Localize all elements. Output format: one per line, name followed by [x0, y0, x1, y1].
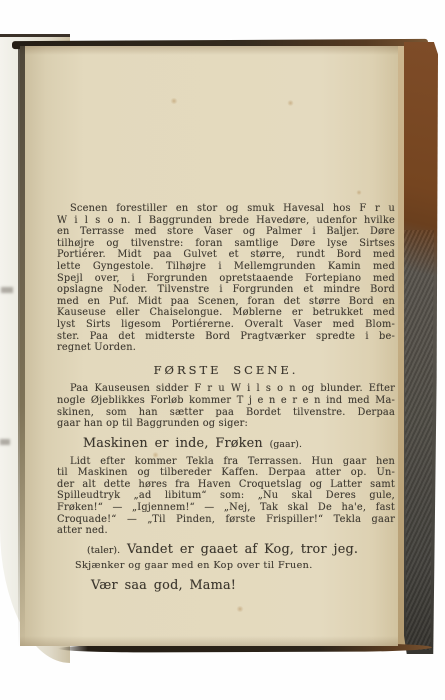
printed-text-block: Scenen forestiller en stor og smuk Haves… — [57, 203, 395, 593]
text-line: til Maskinen og tilbereder Kaffen. Derpa… — [57, 467, 395, 479]
dialogue-text: Maskinen er inde, Frøken — [83, 436, 263, 451]
text-line: Lidt efter kommer Tekla fra Terrassen. H… — [57, 456, 395, 468]
pour-stage-direction: Skjænker og gaar med en Kop over til Fru… — [75, 560, 395, 572]
foxing-spot — [236, 606, 244, 612]
book-cover-edge — [404, 42, 438, 654]
text-line: W i l s o n. I Baggrunden brede Havedøre… — [57, 215, 395, 227]
entrance-stage-direction: Paa Kauseusen sidder F r u W i l s o n o… — [57, 383, 395, 429]
text-line: med en Puf. Midt paa Scenen, foran det s… — [57, 296, 395, 308]
parenthetical: (taler). — [87, 545, 120, 556]
text-line: tilhøjre og tilvenstre: foran samtlige D… — [57, 238, 395, 250]
text-line: lette Gyngestole. Tilhøjre i Mellemgrund… — [57, 261, 395, 273]
dialogue-line-mama: Vær saa god, Mama! — [91, 578, 395, 593]
tekla-stage-direction: Lidt efter kommer Tekla fra Terrassen. H… — [57, 456, 395, 537]
text-line: gaar han op til Baggrunden og siger: — [57, 418, 395, 430]
text-line: opslagne Noder. Tilvenstre i Forgrunden … — [57, 284, 395, 296]
book-page: Scenen forestiller en stor og smuk Haves… — [20, 46, 398, 646]
scene-heading: FØRSTE SCENE. — [57, 365, 395, 377]
opening-stage-direction: Scenen forestiller en stor og smuk Haves… — [57, 203, 395, 354]
text-line: Spejl over, i Forgrunden opretstaaende F… — [57, 273, 395, 285]
text-line: Frøken!“ — „Igjennem!“ — „Nej, Tak skal … — [57, 502, 395, 514]
foxing-spot — [356, 190, 362, 195]
text-line: atter ned. — [57, 525, 395, 537]
text-line: skinen, som han sætter paa Bordet tilven… — [57, 407, 395, 419]
foxing-spot — [170, 98, 178, 104]
text-line: lyst Sirts ligesom Portiérerne. Overalt … — [57, 319, 395, 331]
dialogue-line-vandet: (taler). Vandet er gaaet af Kog, tror je… — [87, 542, 395, 558]
text-line: Scenen forestiller en stor og smuk Haves… — [57, 203, 395, 215]
dialogue-text: Vandet er gaaet af Kog, tror jeg. — [127, 542, 358, 557]
text-line: Croquade!“ — „Til Pinden, første Frispil… — [57, 514, 395, 526]
text-line: Kauseuse eller Chaiselongue. Møblerne er… — [57, 307, 395, 319]
text-line: Spilleudtryk „ad libitum“ som: „Nu skal … — [57, 490, 395, 502]
show-through-smudge — [0, 439, 10, 445]
foxing-spot — [287, 100, 294, 106]
text-line: en Terrasse med store Vaser og Palmer i … — [57, 226, 395, 238]
gutter-shadow — [18, 42, 25, 648]
parenthetical: (gaar). — [270, 439, 302, 450]
dialogue-line-maskinen: Maskinen er inde, Frøken (gaar). — [83, 436, 395, 452]
text-line: nogle Øjeblikkes Forløb kommer T j e n e… — [57, 395, 395, 407]
text-line: Portiérer. Midt paa Gulvet et større, ru… — [57, 249, 395, 261]
text-line: der alt dette høres fra Haven Croquetsla… — [57, 479, 395, 491]
show-through-smudge — [1, 287, 13, 293]
text-line: regnet Uorden. — [57, 342, 395, 354]
text-line: ster. Paa det midterste Bord Pragtværker… — [57, 331, 395, 343]
text-line: Paa Kauseusen sidder F r u W i l s o n o… — [57, 383, 395, 395]
book-photograph: Scenen forestiller en stor og smuk Haves… — [0, 0, 445, 700]
